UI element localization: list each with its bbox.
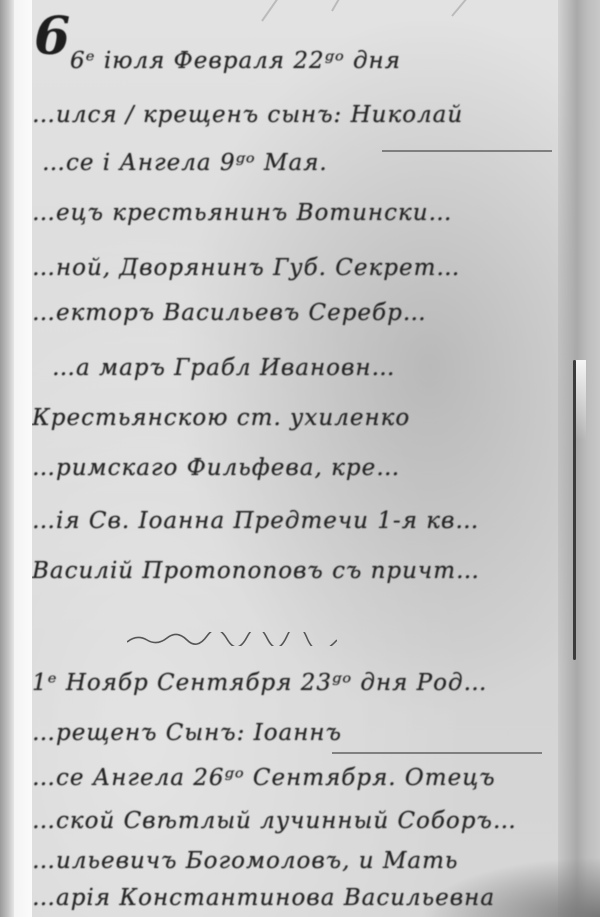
entry-2-line-5: …ильевичъ Богомоловъ, и Мать bbox=[32, 848, 458, 874]
entry-2-line-2: …рещенъ Сынъ: Іоаннъ bbox=[32, 720, 342, 746]
binding-edge bbox=[0, 0, 14, 917]
entry-2-line-1: 1ᵉ Ноябр Сентября 23ᵍᵒ дня Род… bbox=[32, 670, 488, 696]
entry-1-line-5: …ной, Дворянинъ Губ. Секрет… bbox=[32, 255, 460, 281]
entry-2-line-3: …се Ангела 26ᵍᵒ Сентября. Отецъ bbox=[32, 765, 496, 791]
document-page: 6 6ᵉ іюля Февраля 22ᵍᵒ дня …ился / креще… bbox=[32, 0, 600, 917]
entry-1-line-9: …римскаго Фильфева, кре… bbox=[32, 455, 400, 481]
page-gutter bbox=[558, 0, 600, 917]
bleed-through-stroke bbox=[331, 0, 358, 12]
name-underline bbox=[332, 752, 542, 754]
gutter-highlight bbox=[576, 360, 586, 440]
bleed-through-stroke bbox=[261, 0, 297, 22]
entry-1-line-4: …ецъ крестьянинъ Вотински… bbox=[32, 200, 453, 226]
name-underline bbox=[382, 150, 552, 152]
entry-1-line-2: …ился / крещенъ сынъ: Николай bbox=[32, 102, 463, 128]
binding-strip bbox=[14, 0, 32, 917]
entry-number: 6 bbox=[34, 6, 70, 67]
entry-1-line-1: 6ᵉ іюля Февраля 22ᵍᵒ дня bbox=[70, 48, 401, 74]
bleed-through-stroke bbox=[451, 0, 478, 17]
entry-1-line-7: …а маръ Грабл Ивановн… bbox=[52, 355, 396, 381]
entry-2-line-6: …арія Константинова Васильевна bbox=[32, 885, 495, 911]
entry-separator-flourish bbox=[127, 632, 337, 646]
entry-1-line-8: Крестьянскою ст. ухиленко bbox=[32, 405, 410, 431]
entry-2-line-4: …ской Свѣтлый лучинный Соборъ… bbox=[32, 808, 517, 834]
entry-1-line-3: …се і Ангела 9ᵍᵒ Мая. bbox=[42, 150, 328, 176]
entry-1-line-10: …ія Св. Іоанна Предтечи 1-я кв… bbox=[32, 508, 479, 534]
entry-1-line-6: …екторъ Васильевъ Серебр… bbox=[32, 300, 427, 326]
entry-1-line-11: Василій Протопоповъ съ причт… bbox=[32, 558, 480, 584]
